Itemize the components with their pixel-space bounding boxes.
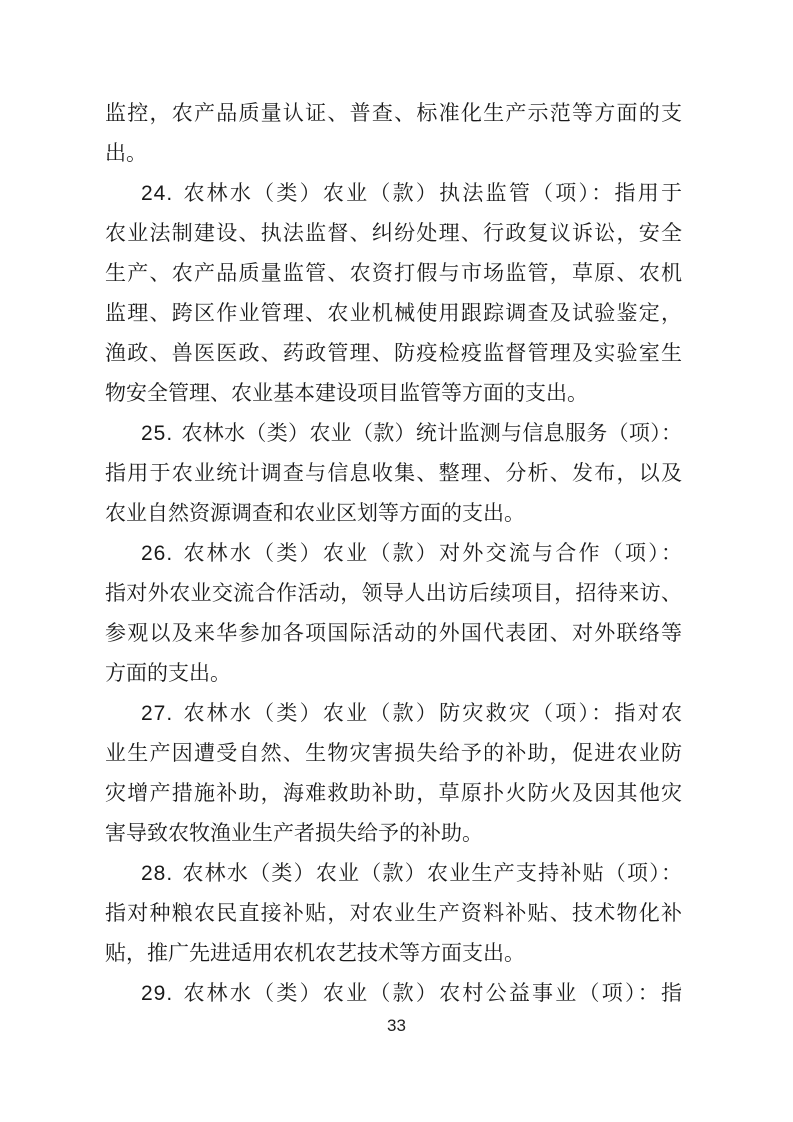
line-text: 渔政、兽医医政、药政管理、防疫检疫监督管理及实验室生 <box>105 341 682 365</box>
line-text: 方面的支出。 <box>105 661 231 685</box>
line-text: 灾增产措施补助，海难救助补助，草原扑火防火及因其他灾 <box>105 781 682 805</box>
text-line: 害导致农牧渔业生产者损失给予的补助。 <box>105 813 682 853</box>
text-line: 方面的支出。 <box>105 653 682 693</box>
text-line: 生产、农产品质量监管、农资打假与市场监管，草原、农机 <box>105 253 682 293</box>
text-line: 参观以及来华参加各项国际活动的外国代表团、对外联络等 <box>105 613 682 653</box>
numbered-item-line: 25.农林水（类）农业（款）统计监测与信息服务（项）： <box>105 413 682 453</box>
document-page: 监控，农产品质量认证、普查、标准化生产示范等方面的支出。24.农林水（类）农业（… <box>0 0 793 1122</box>
line-text: 参观以及来华参加各项国际活动的外国代表团、对外联络等 <box>105 621 682 645</box>
line-text: 农林水（类）农业（款）对外交流与合作（项）： <box>181 541 682 565</box>
line-text: 农林水（类）农业（款）农村公益事业（项）：指 <box>181 981 682 1005</box>
text-line: 指用于农业统计调查与信息收集、整理、分析、发布，以及 <box>105 453 682 493</box>
text-line: 业生产因遭受自然、生物灾害损失给予的补助，促进农业防 <box>105 733 682 773</box>
text-line: 出。 <box>105 133 682 173</box>
numbered-item-line: 24.农林水（类）农业（款）执法监管（项）：指用于 <box>105 173 682 213</box>
text-line: 监控，农产品质量认证、普查、标准化生产示范等方面的支 <box>105 93 682 133</box>
line-text: 农业法制建设、执法监督、纠纷处理、行政复议诉讼，安全 <box>105 221 682 245</box>
line-text: 农林水（类）农业（款）执法监管（项）：指用于 <box>181 181 682 205</box>
line-text: 生产、农产品质量监管、农资打假与市场监管，草原、农机 <box>105 261 682 285</box>
text-line: 灾增产措施补助，海难救助补助，草原扑火防火及因其他灾 <box>105 773 682 813</box>
text-line: 农业自然资源调查和农业区划等方面的支出。 <box>105 493 682 533</box>
numbered-item-line: 28.农林水（类）农业（款）农业生产支持补贴（项）： <box>105 853 682 893</box>
item-number: 26. <box>141 542 173 565</box>
item-number: 24. <box>141 182 173 205</box>
line-text: 监控，农产品质量认证、普查、标准化生产示范等方面的支 <box>105 101 682 125</box>
line-text: 农林水（类）农业（款）统计监测与信息服务（项）： <box>181 421 682 445</box>
line-text: 业生产因遭受自然、生物灾害损失给予的补助，促进农业防 <box>105 741 682 765</box>
text-line: 渔政、兽医医政、药政管理、防疫检疫监督管理及实验室生 <box>105 333 682 373</box>
text-line: 农业法制建设、执法监督、纠纷处理、行政复议诉讼，安全 <box>105 213 682 253</box>
line-text: 害导致农牧渔业生产者损失给予的补助。 <box>105 821 483 845</box>
text-line: 贴，推广先进适用农机农艺技术等方面支出。 <box>105 933 682 973</box>
text-line: 指对种粮农民直接补贴，对农业生产资料补贴、技术物化补 <box>105 893 682 933</box>
numbered-item-line: 27.农林水（类）农业（款）防灾救灾（项）：指对农 <box>105 693 682 733</box>
document-body: 监控，农产品质量认证、普查、标准化生产示范等方面的支出。24.农林水（类）农业（… <box>105 93 682 1013</box>
item-number: 27. <box>141 702 173 725</box>
item-number: 25. <box>141 422 173 445</box>
line-text: 指对外农业交流合作活动，领导人出访后续项目，招待来访、 <box>105 581 682 605</box>
numbered-item-line: 29.农林水（类）农业（款）农村公益事业（项）：指 <box>105 973 682 1013</box>
line-text: 指对种粮农民直接补贴，对农业生产资料补贴、技术物化补 <box>105 901 682 925</box>
line-text: 监理、跨区作业管理、农业机械使用跟踪调查及试验鉴定， <box>105 301 682 325</box>
item-number: 28. <box>141 862 173 885</box>
line-text: 指用于农业统计调查与信息收集、整理、分析、发布，以及 <box>105 461 682 485</box>
line-text: 农林水（类）农业（款）农业生产支持补贴（项）： <box>181 861 682 885</box>
page-number: 33 <box>0 1013 793 1039</box>
line-text: 贴，推广先进适用农机农艺技术等方面支出。 <box>105 941 525 965</box>
line-text: 农业自然资源调查和农业区划等方面的支出。 <box>105 501 525 525</box>
text-line: 监理、跨区作业管理、农业机械使用跟踪调查及试验鉴定， <box>105 293 682 333</box>
text-line: 指对外农业交流合作活动，领导人出访后续项目，招待来访、 <box>105 573 682 613</box>
text-line: 物安全管理、农业基本建设项目监管等方面的支出。 <box>105 373 682 413</box>
line-text: 物安全管理、农业基本建设项目监管等方面的支出。 <box>105 381 588 405</box>
line-text: 农林水（类）农业（款）防灾救灾（项）：指对农 <box>181 701 682 725</box>
line-text: 出。 <box>105 141 147 165</box>
numbered-item-line: 26.农林水（类）农业（款）对外交流与合作（项）： <box>105 533 682 573</box>
item-number: 29. <box>141 982 173 1005</box>
